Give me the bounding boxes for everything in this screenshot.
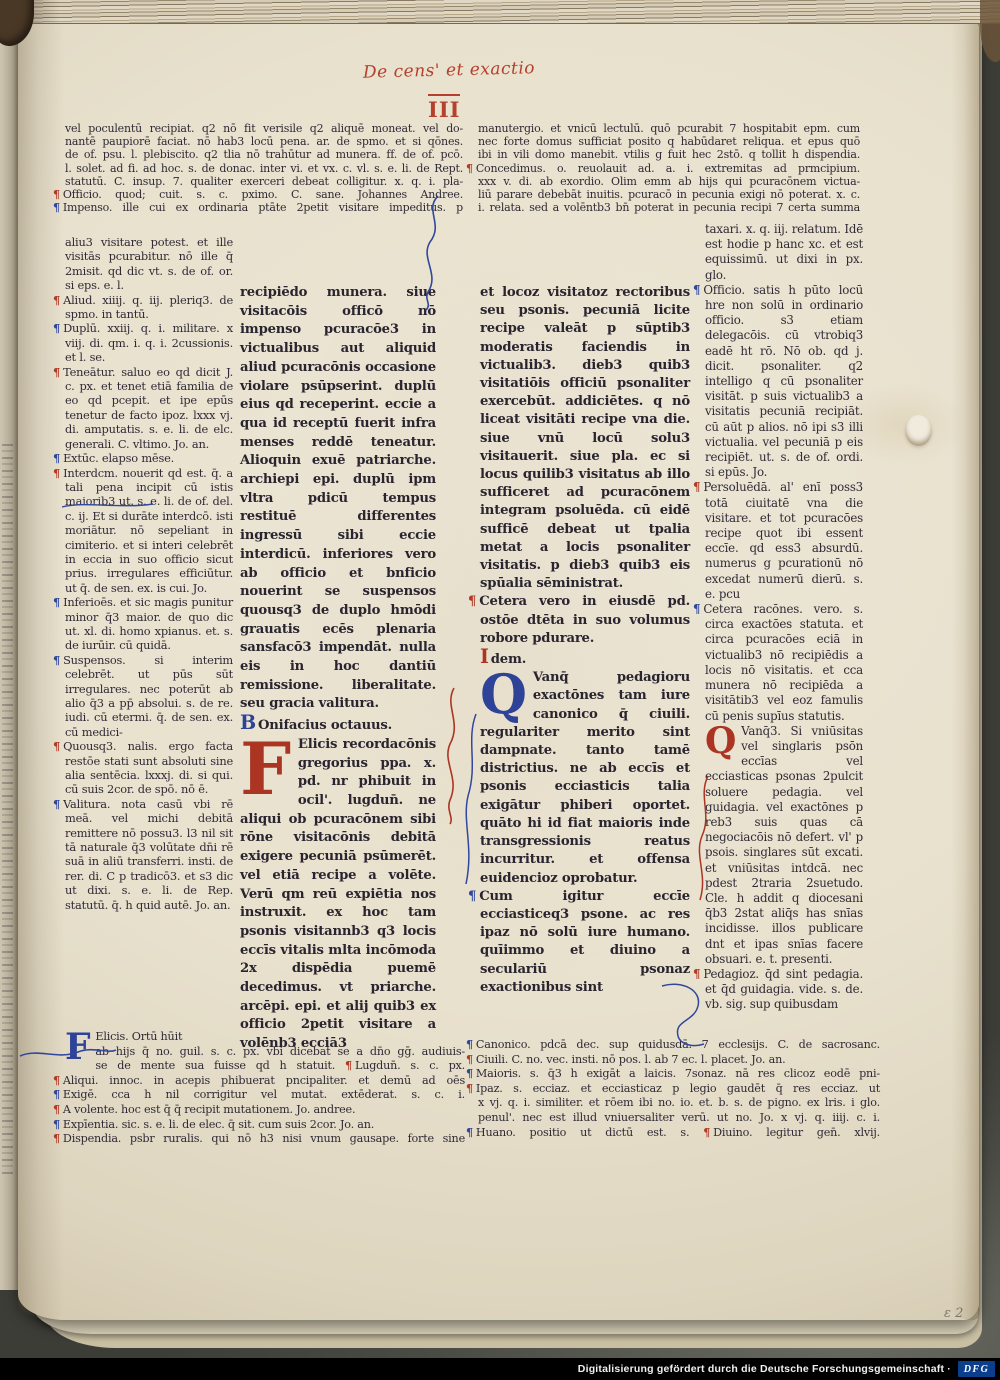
commentary-bottom-right: ¶Canonico. pdcā dec. sup quidusdā. 7 ecc… xyxy=(478,1038,880,1140)
text-line: ab hijs q̄ no. guil. s. c. px. vbi diceb… xyxy=(65,1045,465,1060)
illuminated-initial: F xyxy=(65,1032,90,1062)
paraph-mark: ¶ xyxy=(53,189,60,200)
text-line: xxx v. di. ab exordio. Olim emm ab hijs … xyxy=(478,175,860,188)
text-line: QVanq̄3. Si vniūsitas vel singlaris psōn… xyxy=(705,724,863,967)
text-line: QVanq̄ pedagioru exactōnes tam iure cano… xyxy=(480,669,690,887)
paraph-mark: ¶ xyxy=(345,1060,352,1071)
text-line: ¶Concedimus. o. reuolauit ad. a. i. extr… xyxy=(478,162,860,175)
text-line: ¶Teneātur. saluo eo qd dicit J. c. px. e… xyxy=(65,365,233,451)
text-line: ¶Maioris. s. q̄3 h exigāt a laicis. 7son… xyxy=(478,1067,880,1082)
paraph-mark: ¶ xyxy=(693,604,700,616)
text-line: FElicis recordacōnis gregorius ppa. x. p… xyxy=(240,736,436,1054)
text-line: ¶Valitura. nota casū vbi rē meā. vel mic… xyxy=(65,797,233,912)
paraph-mark: ¶ xyxy=(53,655,60,666)
paraph-mark: ¶ xyxy=(53,468,60,479)
text-line: ¶Interdcm. nouerit qd est. q̄. a tali pe… xyxy=(65,466,233,596)
text-line: ¶Suspensos. si interim celebrēt. ut pūs … xyxy=(65,653,233,739)
paraph-mark: ¶ xyxy=(703,1127,710,1138)
illuminated-initial: F xyxy=(240,740,291,798)
text-line: ¶Extūc. elapso mēse. xyxy=(65,451,233,465)
text-line: ¶Aliqui. innoc. in acepis phibuerat pnci… xyxy=(65,1074,465,1089)
text-line: ¶Inferioēs. et sic magis punitur minor q… xyxy=(65,595,233,653)
text-line: recipiēdo munera. siue visitacōis officō… xyxy=(240,284,436,714)
pen-flourish-blue-q-tail xyxy=(462,712,482,887)
illuminated-initial: Q xyxy=(480,672,527,716)
text-line: ¶Dispendia. psbr ruralis. qui nō h3 nisi… xyxy=(65,1132,465,1147)
text-line: nec forte domus sufficiat posito q habūd… xyxy=(478,135,860,148)
text-line: statutū. C. insup. 7. qualiter exerceri … xyxy=(65,175,463,188)
paraph-mark: ¶ xyxy=(53,367,60,378)
commentary-top-right: manutergio. et vnicū lectulū. quō pcurab… xyxy=(478,122,860,214)
text-line: nantē paupiorē faciat. nō hab3 locū pena… xyxy=(65,135,463,148)
text-line: ¶Quousq3. nalis. ergo facta restōe stati… xyxy=(65,739,233,797)
paraph-mark: ¶ xyxy=(466,1054,473,1065)
text-line: ibi in vili domo manebit. vtilis g fuit … xyxy=(478,148,860,161)
text-line: ¶A volente. hoc est q̄ q̄ recipit mutati… xyxy=(65,1103,465,1118)
parchment-hole xyxy=(905,415,932,446)
paraph-mark: ¶ xyxy=(53,1075,60,1086)
text-line: vel poculentū recipiat. q2 nō fit verisi… xyxy=(65,122,463,135)
commentary-top-left: vel poculentū recipiat. q2 nō fit verisi… xyxy=(65,122,463,214)
paraph-mark: ¶ xyxy=(468,595,476,608)
paraph-mark: ¶ xyxy=(53,1133,60,1144)
text-line: ¶Expīentia. sic. s. e. li. de elec. q̄ s… xyxy=(65,1118,465,1133)
paraph-mark: ¶ xyxy=(693,285,700,297)
dfg-logo: DFG xyxy=(958,1361,995,1377)
paraph-mark: ¶ xyxy=(466,1127,473,1138)
paraph-mark: ¶ xyxy=(53,1119,60,1130)
paraph-mark: ¶ xyxy=(53,453,60,464)
text-line: ¶Huano. positio ut dictū est. s. ¶Diuino… xyxy=(478,1126,880,1141)
paraph-mark: ¶ xyxy=(53,295,60,306)
text-line: et locoz visitatoz rectoribus seu psonis… xyxy=(480,284,690,593)
paraph-mark: ¶ xyxy=(466,1083,473,1094)
facing-page-edge xyxy=(0,24,19,1290)
page-number-roman: III xyxy=(428,94,460,122)
text-line: x vj. q. i. similiter. et rōem ibi no. i… xyxy=(478,1096,880,1111)
main-text-column-a: recipiēdo munera. siue visitacōis officō… xyxy=(240,284,436,1054)
commentary-bottom-left: FElicis. Ortū hūit ab hijs q̄ no. guil. … xyxy=(65,1030,465,1147)
paraph-mark: ¶ xyxy=(53,323,60,334)
text-line: ¶Ciuili. C. no. vec. insti. nō pos. l. a… xyxy=(478,1053,880,1068)
commentary-left-column: aliu3 visitare potest. et ille visitās p… xyxy=(65,235,233,912)
illuminated-initial: B xyxy=(240,711,256,734)
text-line: ¶Canonico. pdcā dec. sup quidusdā. 7 ecc… xyxy=(478,1038,880,1053)
facing-page-text-edge xyxy=(2,444,13,1174)
paraph-mark: ¶ xyxy=(466,163,473,174)
text-line: liū parare debebāt inuitis. pcuracō in p… xyxy=(478,188,860,201)
page-content: De cens' et exactio III vel poculentū re… xyxy=(18,22,980,1320)
folio-mark: ε 2 xyxy=(944,1306,963,1321)
text-line: Idem. xyxy=(480,648,690,669)
paraph-mark: ¶ xyxy=(53,1089,60,1100)
text-line: de of. psu. l. plebiscito. q2 tlia nō tr… xyxy=(65,148,463,161)
digitization-credit-text: Digitalisierung gefördert durch die Deut… xyxy=(578,1363,951,1375)
paraph-mark: ¶ xyxy=(693,969,700,981)
text-line: ¶Officio. satis h pūto locū hre non solū… xyxy=(705,283,863,481)
text-line: i. relata. sed a volēntb3 bn̄ poterat in… xyxy=(478,201,860,214)
pen-flourish-red-mid xyxy=(442,686,464,826)
paraph-mark: ¶ xyxy=(466,1039,473,1050)
main-text-column-b: et locoz visitatoz rectoribus seu psonis… xyxy=(480,284,690,997)
text-line: ¶Cetera racōnes. vero. s. circa exactōes… xyxy=(705,602,863,724)
text-line: ¶Exigē. cca h nil corrigitur vel mutat. … xyxy=(65,1088,465,1103)
commentary-right-column: taxari. x. q. iij. relatum. Idē est hodi… xyxy=(705,222,863,1013)
paraph-mark: ¶ xyxy=(693,482,700,494)
text-line: ¶Pedagioz. q̄d sint pedagia. et q̄d guid… xyxy=(705,967,863,1013)
paraph-mark: ¶ xyxy=(468,890,476,903)
paraph-mark: ¶ xyxy=(466,1068,473,1079)
running-title: De cens' et exactio xyxy=(363,57,573,82)
manuscript-page: De cens' et exactio III vel poculentū re… xyxy=(18,22,980,1320)
text-line: ¶Duplū. xxiij. q. i. militare. x viij. d… xyxy=(65,321,233,364)
text-line: se de mente sua fuisse qd h statuit. ¶Lu… xyxy=(65,1059,465,1074)
text-line: BOnifacius octauus. xyxy=(240,714,436,736)
page-stack-top-edge xyxy=(0,0,1000,24)
text-line: l. solet. ad fi. ad hoc. s. de donac. in… xyxy=(65,162,463,175)
text-line: taxari. x. q. iij. relatum. Idē est hodi… xyxy=(705,222,863,283)
text-line: ¶Aliud. xiiij. q. iij. pleriq3. de spmo.… xyxy=(65,293,233,322)
text-line: ¶Cum igitur eccīe ecciasticeq3 psone. ac… xyxy=(480,888,690,997)
paraph-mark: ¶ xyxy=(53,741,60,752)
illuminated-initial: Q xyxy=(705,726,736,756)
text-line: penul'. nec est illud vniuersaliter verū… xyxy=(478,1111,880,1126)
paraph-mark: ¶ xyxy=(53,1104,60,1115)
illuminated-initial: I xyxy=(480,645,489,668)
paraph-mark: ¶ xyxy=(53,597,60,608)
text-line: ¶Impenso. ille cui ex ordinaria ptāte 2p… xyxy=(65,201,463,214)
digitization-footer-bar: Digitalisierung gefördert durch die Deut… xyxy=(0,1358,1000,1380)
text-line: ¶Persoluēdā. al' enī poss3 totā ciuitatē… xyxy=(705,480,863,602)
paraph-mark: ¶ xyxy=(53,202,60,213)
text-line: ¶Officio. quod; cuit. s. c. pximo. C. sa… xyxy=(65,188,463,201)
text-line: FElicis. Ortū hūit xyxy=(65,1030,465,1045)
text-line: ¶Cetera vero in eiusdē pd. ostōe dtēta i… xyxy=(480,593,690,648)
text-line: ¶Ipaz. s. ecciaz. et ecciasticaz p legio… xyxy=(478,1082,880,1097)
paraph-mark: ¶ xyxy=(53,799,60,810)
text-line: aliu3 visitare potest. et ille visitās p… xyxy=(65,235,233,293)
text-line: manutergio. et vnicū lectulū. quō pcurab… xyxy=(478,122,860,135)
